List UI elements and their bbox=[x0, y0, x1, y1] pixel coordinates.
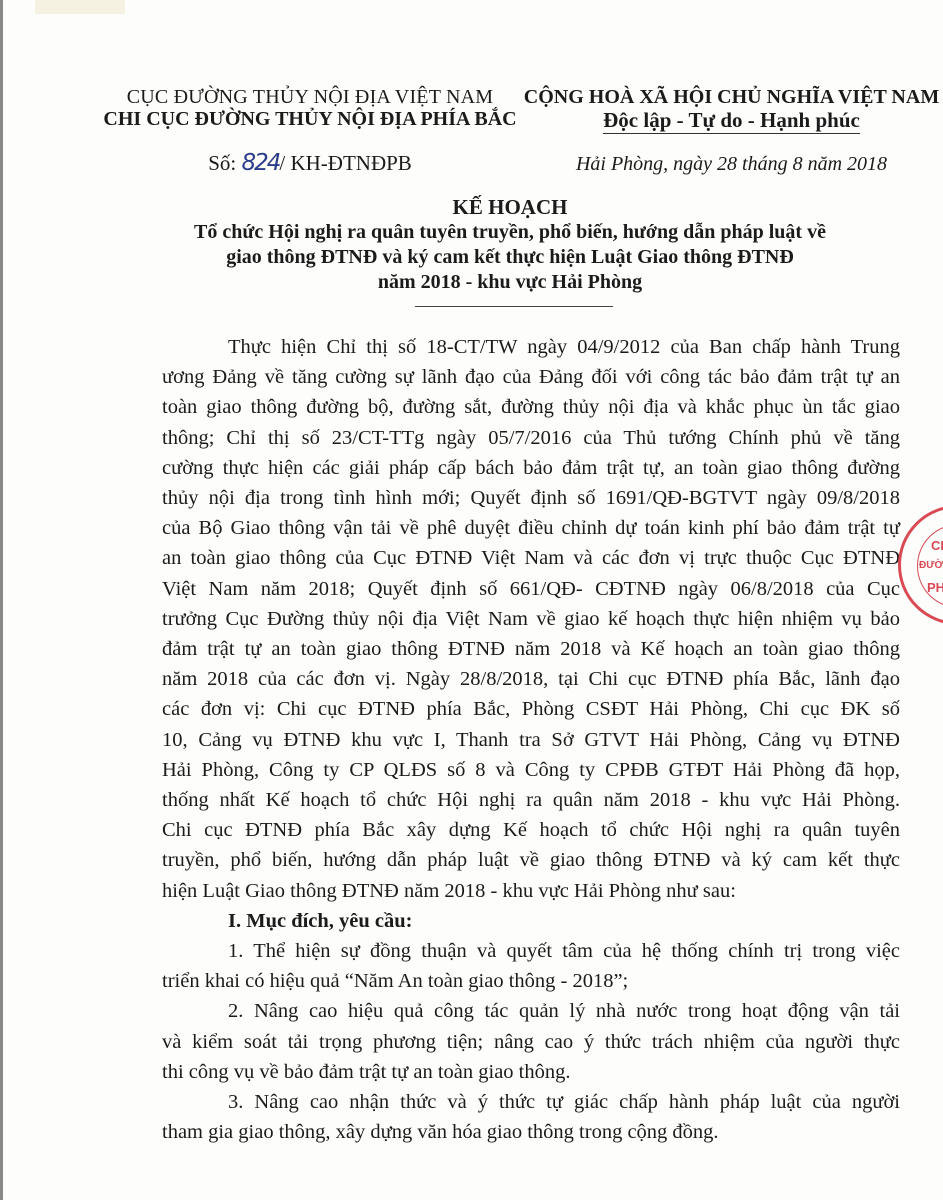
text-line: ương Đảng về tăng cường sự lãnh đạo của … bbox=[162, 362, 900, 392]
text-line: 1. Thể hiện sự đồng thuận và quyết tâm c… bbox=[162, 936, 900, 966]
text-line: thông; Chỉ thị số 23/CT-TTg ngày 05/7/20… bbox=[162, 423, 900, 453]
seal-text: CH bbox=[931, 538, 943, 553]
title-line: Tổ chức Hội nghị ra quân tuyên truyền, p… bbox=[100, 220, 920, 245]
text-line: trưởng Cục Đường thủy nội địa Việt Nam v… bbox=[162, 604, 900, 634]
seal-text: ĐƯỜNG bbox=[919, 560, 943, 571]
text-line: triển khai có hiệu quả “Năm An toàn giao… bbox=[162, 966, 900, 996]
document-number: Số: 824/ KH-ĐTNĐPB bbox=[100, 150, 520, 176]
text-line: thi công vụ về bảo đảm trật tự an toàn g… bbox=[162, 1057, 900, 1087]
text-line: hiện Luật Giao thông ĐTNĐ năm 2018 - khu… bbox=[162, 876, 900, 906]
issuing-agency: CỤC ĐƯỜNG THỦY NỘI ĐỊA VIỆT NAM CHI CỤC … bbox=[100, 86, 520, 130]
document-page: CỤC ĐƯỜNG THỦY NỘI ĐỊA VIỆT NAM CHI CỤC … bbox=[0, 0, 943, 1200]
text-line: 3. Nâng cao nhận thức và ý thức tự giác … bbox=[162, 1087, 900, 1117]
text-line: Thực hiện Chỉ thị số 18-CT/TW ngày 04/9/… bbox=[162, 332, 900, 362]
text-line: 2. Nâng cao hiệu quả công tác quản lý nh… bbox=[162, 996, 900, 1026]
text-line: 10, Cảng vụ ĐTNĐ khu vực I, Thanh tra Sở… bbox=[162, 725, 900, 755]
document-title: KẾ HOẠCH Tổ chức Hội nghị ra quân tuyên … bbox=[100, 195, 920, 295]
text-line: Chi cục ĐTNĐ phía Bắc xây dựng Kế hoạch … bbox=[162, 815, 900, 845]
doc-number-suffix: / KH-ĐTNĐPB bbox=[279, 151, 411, 175]
text-line: truyền, phổ biến, hướng dẫn pháp luật về… bbox=[162, 845, 900, 875]
text-line: Việt Nam năm 2018; Quyết định số 661/QĐ-… bbox=[162, 574, 900, 604]
doc-number-label: Số: bbox=[208, 151, 236, 175]
seal-text: PH bbox=[927, 580, 943, 595]
text-line: các đơn vị: Chi cục ĐTNĐ phía Bắc, Phòng… bbox=[162, 694, 900, 724]
text-line: cường thực hiện các giải pháp cấp bách b… bbox=[162, 453, 900, 483]
text-line: toàn giao thông đường bộ, đường sắt, đườ… bbox=[162, 392, 900, 422]
red-seal-stamp: CH ĐƯỜNG PH bbox=[898, 505, 943, 625]
document-type: KẾ HOẠCH bbox=[100, 195, 920, 220]
list-item: 1. Thể hiện sự đồng thuận và quyết tâm c… bbox=[162, 936, 900, 996]
text-line: an toàn giao thông của Cục ĐTNĐ Việt Nam… bbox=[162, 543, 900, 573]
national-heading: CỘNG HOÀ XÃ HỘI CHỦ NGHĨA VIỆT NAM Độc l… bbox=[520, 86, 943, 134]
place-date: Hải Phòng, ngày 28 tháng 8 năm 2018 bbox=[520, 153, 943, 176]
handwritten-number: 824 bbox=[241, 150, 279, 176]
national-motto: Độc lập - Tự do - Hạnh phúc bbox=[603, 108, 860, 134]
text-line: năm 2018 của các đơn vị. Ngày 28/8/2018,… bbox=[162, 664, 900, 694]
text-line: tham gia giao thông, xây dựng văn hóa gi… bbox=[162, 1117, 900, 1147]
list-item: 3. Nâng cao nhận thức và ý thức tự giác … bbox=[162, 1087, 900, 1147]
title-line: giao thông ĐTNĐ và ký cam kết thực hiện … bbox=[100, 245, 920, 270]
title-line: năm 2018 - khu vực Hải Phòng bbox=[100, 270, 920, 295]
text-line: và kiểm soát tải trọng phương tiện; nâng… bbox=[162, 1027, 900, 1057]
text-line: thủy nội địa trong tình hình mới; Quyết … bbox=[162, 483, 900, 513]
country-name: CỘNG HOÀ XÃ HỘI CHỦ NGHĨA VIỆT NAM bbox=[520, 86, 943, 108]
text-line: thống nhất Kế hoạch tổ chức Hội nghị ra … bbox=[162, 785, 900, 815]
intro-paragraph: Thực hiện Chỉ thị số 18-CT/TW ngày 04/9/… bbox=[162, 332, 900, 906]
section-heading: I. Mục đích, yêu cầu: bbox=[162, 906, 900, 936]
document-body: Thực hiện Chỉ thị số 18-CT/TW ngày 04/9/… bbox=[162, 332, 900, 1147]
parent-agency: CỤC ĐƯỜNG THỦY NỘI ĐỊA VIỆT NAM bbox=[100, 86, 520, 108]
text-line: Hải Phòng, Công ty CP QLĐS số 8 và Công … bbox=[162, 755, 900, 785]
agency-name: CHI CỤC ĐƯỜNG THỦY NỘI ĐỊA PHÍA BẮC bbox=[100, 108, 520, 130]
section-items: 1. Thể hiện sự đồng thuận và quyết tâm c… bbox=[162, 936, 900, 1147]
scan-smudge bbox=[35, 0, 125, 14]
title-divider bbox=[415, 306, 613, 307]
scan-edge bbox=[0, 0, 3, 1200]
list-item: 2. Nâng cao hiệu quả công tác quản lý nh… bbox=[162, 996, 900, 1087]
text-line: đảm trật tự an toàn giao thông ĐTNĐ năm … bbox=[162, 634, 900, 664]
text-line: của Bộ Giao thông vận tải về phê duyệt đ… bbox=[162, 513, 900, 543]
